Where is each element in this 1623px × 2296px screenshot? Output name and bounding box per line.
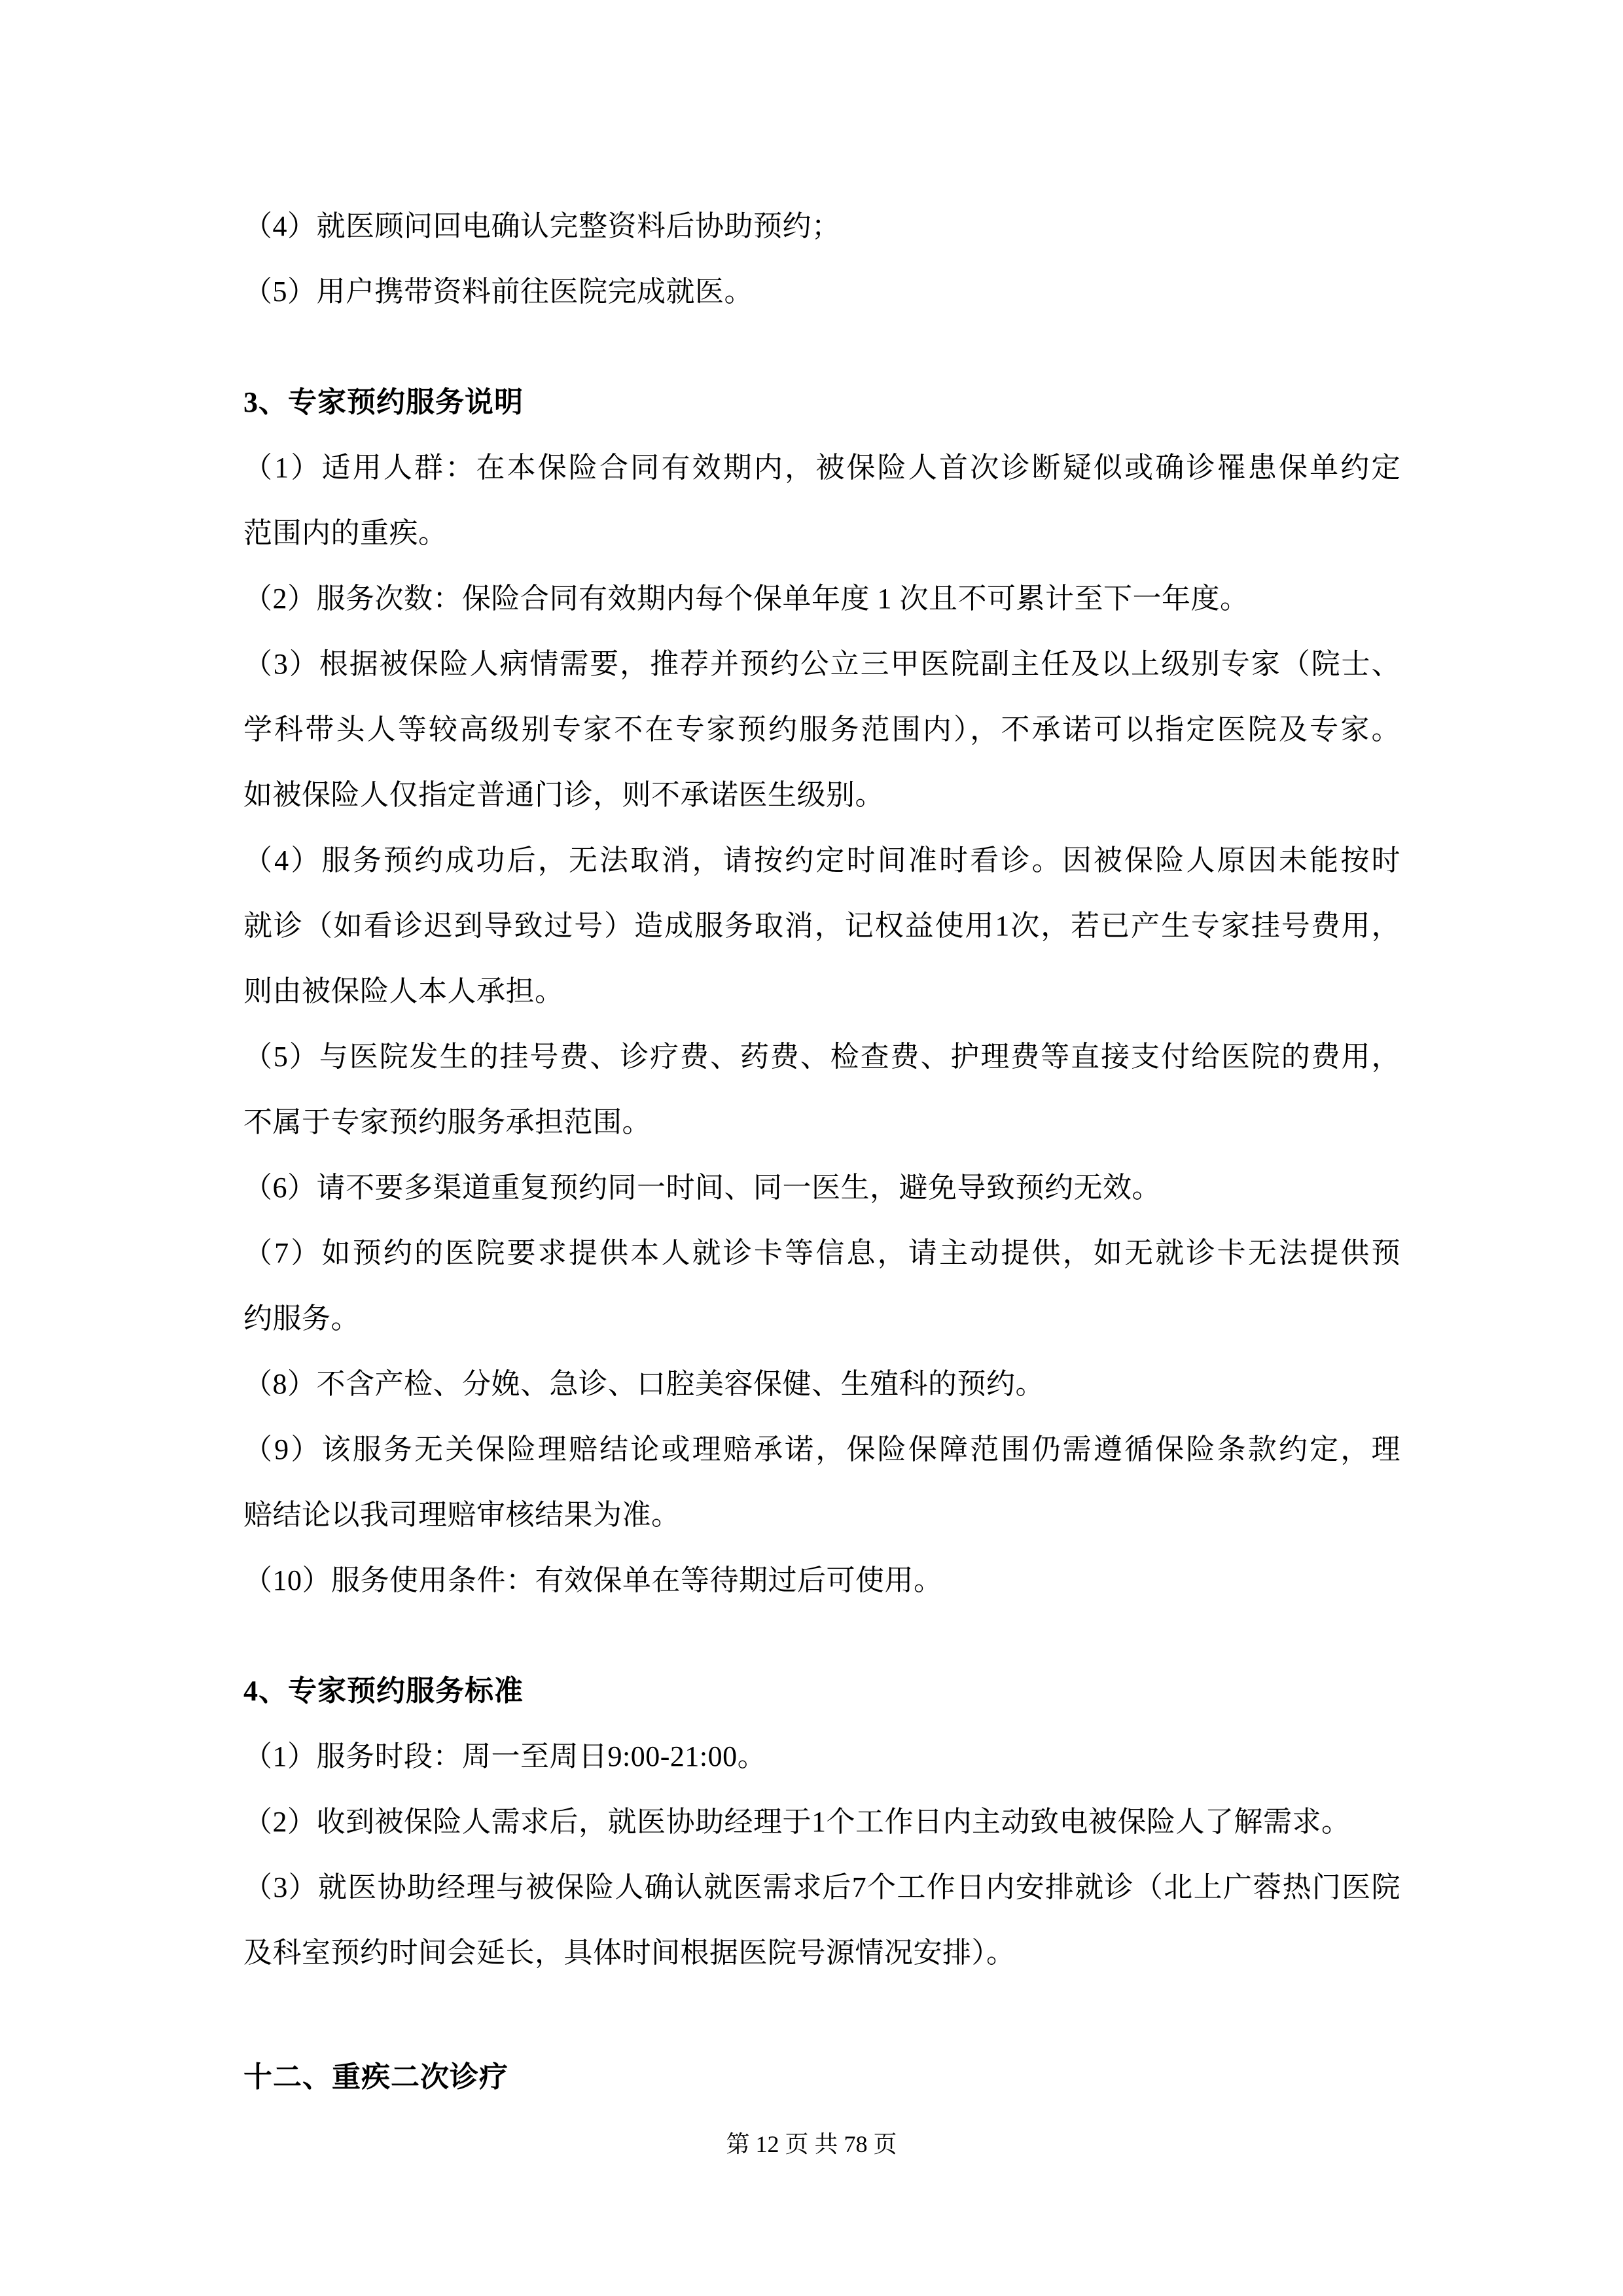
text-line: （5）与医院发生的挂号费、诊疗费、药费、检查费、护理费等直接支付给医院的费用， <box>243 1024 1400 1090</box>
text-line: 如被保险人仅指定普通门诊，则不承诺医生级别。 <box>243 762 1400 828</box>
paragraph: （5）与医院发生的挂号费、诊疗费、药费、检查费、护理费等直接支付给医院的费用，不… <box>243 1024 1400 1155</box>
text-line: 就诊（如看诊迟到导致过号）造成服务取消，记权益使用1次，若已产生专家挂号费用， <box>243 893 1400 959</box>
text-line: 学科带头人等较高级别专家不在专家预约服务范围内），不承诺可以指定医院及专家。 <box>243 697 1400 762</box>
text-line: （7）如预约的医院要求提供本人就诊卡等信息，请主动提供，如无就诊卡无法提供预 <box>243 1221 1400 1286</box>
heading-text: 十二、重疾二次诊疗 <box>243 2045 1400 2110</box>
text-line: （1）适用人群：在本保险合同有效期内，被保险人首次诊断疑似或确诊罹患保单约定 <box>243 435 1400 501</box>
text-line: （10）服务使用条件：有效保单在等待期过后可使用。 <box>243 1548 1400 1613</box>
text-line: （3）就医协助经理与被保险人确认就医需求后7个工作日内安排就诊（北上广蓉热门医院 <box>243 1855 1400 1920</box>
text-line: 赔结论以我司理赔审核结果为准。 <box>243 1482 1400 1548</box>
document-body: （4）就医顾问回电确认完整资料后协助预约；（5）用户携带资料前往医院完成就医。3… <box>243 194 1400 2110</box>
text-line: 范围内的重疾。 <box>243 501 1400 566</box>
text-line: （2）服务次数：保险合同有效期内每个保单年度 1 次且不可累计至下一年度。 <box>243 566 1400 632</box>
paragraph: （8）不含产检、分娩、急诊、口腔美容保健、生殖科的预约。 <box>243 1352 1400 1417</box>
heading-text: 4、专家预约服务标准 <box>243 1659 1400 1724</box>
text-line: （9）该服务无关保险理赔结论或理赔承诺，保险保障范围仍需遵循保险条款约定，理 <box>243 1417 1400 1482</box>
paragraph: （4）就医顾问回电确认完整资料后协助预约； <box>243 194 1400 259</box>
text-line: 约服务。 <box>243 1286 1400 1352</box>
text-line: （1）服务时段：周一至周日9:00-21:00。 <box>243 1724 1400 1789</box>
text-line: （8）不含产检、分娩、急诊、口腔美容保健、生殖科的预约。 <box>243 1352 1400 1417</box>
section-heading: 4、专家预约服务标准 <box>243 1659 1400 1724</box>
document-page: （4）就医顾问回电确认完整资料后协助预约；（5）用户携带资料前往医院完成就医。3… <box>0 0 1623 2296</box>
section-heading: 十二、重疾二次诊疗 <box>243 2045 1400 2110</box>
paragraph: （9）该服务无关保险理赔结论或理赔承诺，保险保障范围仍需遵循保险条款约定，理赔结… <box>243 1417 1400 1548</box>
paragraph: （1）服务时段：周一至周日9:00-21:00。 <box>243 1724 1400 1789</box>
text-line: （6）请不要多渠道重复预约同一时间、同一医生，避免导致预约无效。 <box>243 1155 1400 1221</box>
text-line: 不属于专家预约服务承担范围。 <box>243 1090 1400 1155</box>
text-line: 及科室预约时间会延长，具体时间根据医院号源情况安排）。 <box>243 1920 1400 1986</box>
heading-text: 3、专家预约服务说明 <box>243 370 1400 435</box>
text-line: （5）用户携带资料前往医院完成就医。 <box>243 259 1400 325</box>
paragraph: （4）服务预约成功后，无法取消，请按约定时间准时看诊。因被保险人原因未能按时就诊… <box>243 828 1400 1024</box>
text-line: （3）根据被保险人病情需要，推荐并预约公立三甲医院副主任及以上级别专家（院士、 <box>243 632 1400 697</box>
paragraph: （10）服务使用条件：有效保单在等待期过后可使用。 <box>243 1548 1400 1613</box>
text-line: （4）就医顾问回电确认完整资料后协助预约； <box>243 194 1400 259</box>
page-number-footer: 第 12 页 共 78 页 <box>0 2128 1623 2160</box>
text-line: （4）服务预约成功后，无法取消，请按约定时间准时看诊。因被保险人原因未能按时 <box>243 828 1400 893</box>
paragraph: （7）如预约的医院要求提供本人就诊卡等信息，请主动提供，如无就诊卡无法提供预约服… <box>243 1221 1400 1352</box>
text-line: 则由被保险人本人承担。 <box>243 959 1400 1024</box>
text-line: （2）收到被保险人需求后，就医协助经理于1个工作日内主动致电被保险人了解需求。 <box>243 1789 1400 1855</box>
paragraph: （2）服务次数：保险合同有效期内每个保单年度 1 次且不可累计至下一年度。 <box>243 566 1400 632</box>
paragraph: （5）用户携带资料前往医院完成就医。 <box>243 259 1400 325</box>
section-heading: 3、专家预约服务说明 <box>243 370 1400 435</box>
paragraph: （3）就医协助经理与被保险人确认就医需求后7个工作日内安排就诊（北上广蓉热门医院… <box>243 1855 1400 1986</box>
paragraph: （6）请不要多渠道重复预约同一时间、同一医生，避免导致预约无效。 <box>243 1155 1400 1221</box>
paragraph: （1）适用人群：在本保险合同有效期内，被保险人首次诊断疑似或确诊罹患保单约定范围… <box>243 435 1400 566</box>
paragraph: （3）根据被保险人病情需要，推荐并预约公立三甲医院副主任及以上级别专家（院士、学… <box>243 632 1400 828</box>
paragraph: （2）收到被保险人需求后，就医协助经理于1个工作日内主动致电被保险人了解需求。 <box>243 1789 1400 1855</box>
